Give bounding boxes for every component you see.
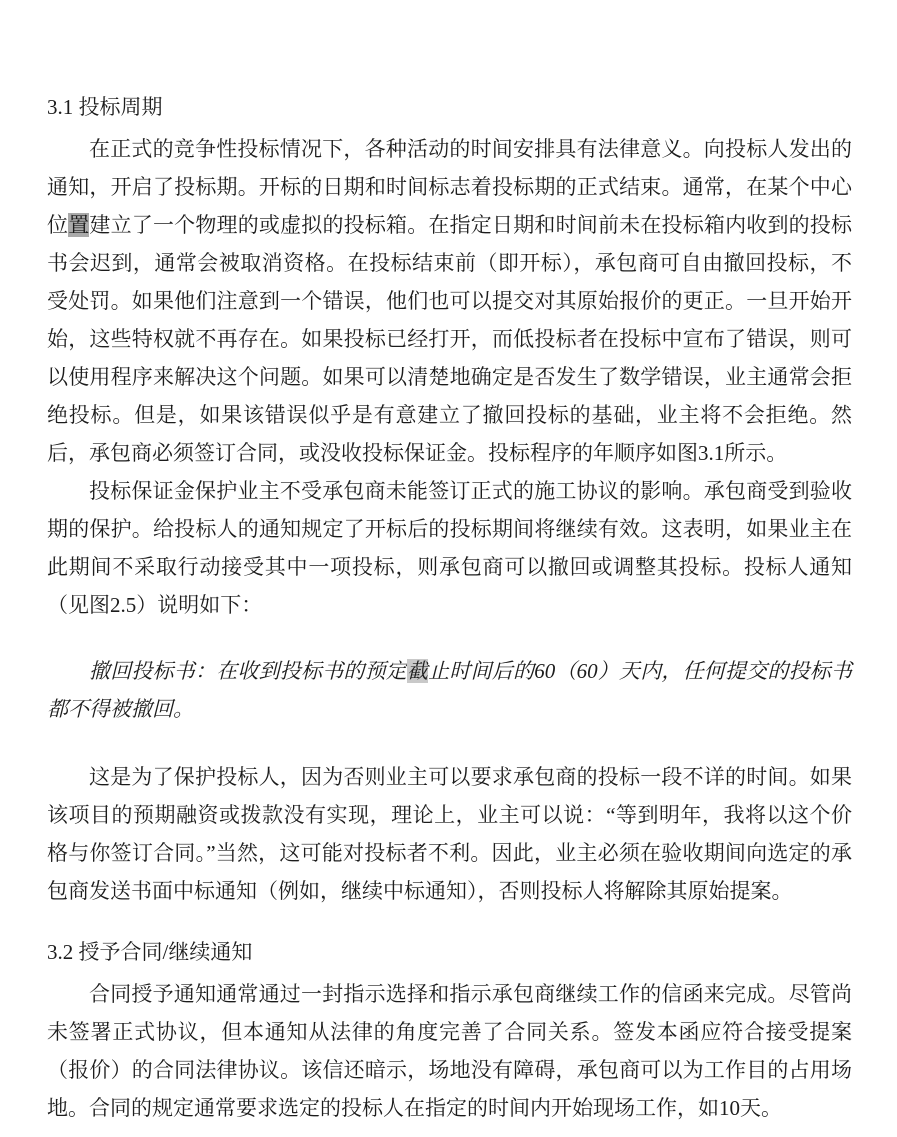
section-heading-3-1: 3.1 投标周期 (47, 88, 852, 126)
quote-text: 撤回投标书：在收到投标书的预定 (89, 659, 407, 683)
paragraph-bidder-protection: 这是为了保护投标人，因为否则业主可以要求承包商的投标一段不详的时间。如果该项目的… (47, 758, 852, 910)
paragraph-text: 建立了一个物理的或虚拟的投标箱。在指定日期和时间前未在投标箱内收到的投标书会迟到… (47, 213, 852, 465)
paragraph-award-notice: 合同授予通知通常通过一封指示选择和指示承包商继续工作的信函来完成。尽管尚未签署正… (47, 975, 852, 1127)
quote-withdrawal-of-bids: 撤回投标书：在收到投标书的预定截止时间后的60（60）天内，任何提交的投标书都不… (47, 652, 852, 728)
paragraph-bid-bond: 投标保证金保护业主不受承包商未能签订正式的施工协议的影响。承包商受到验收期的保护… (47, 472, 852, 624)
document-page: 3.1 投标周期 在正式的竞争性投标情况下，各种活动的时间安排具有法律意义。向投… (0, 0, 897, 1137)
paragraph-bid-cycle-1: 在正式的竞争性投标情况下，各种活动的时间安排具有法律意义。向投标人发出的通知，开… (47, 130, 852, 472)
highlighted-char-zhi: 置 (68, 213, 89, 237)
section-heading-3-2: 3.2 授予合同/继续通知 (47, 933, 852, 971)
highlighted-char-jie: 截 (407, 659, 428, 683)
